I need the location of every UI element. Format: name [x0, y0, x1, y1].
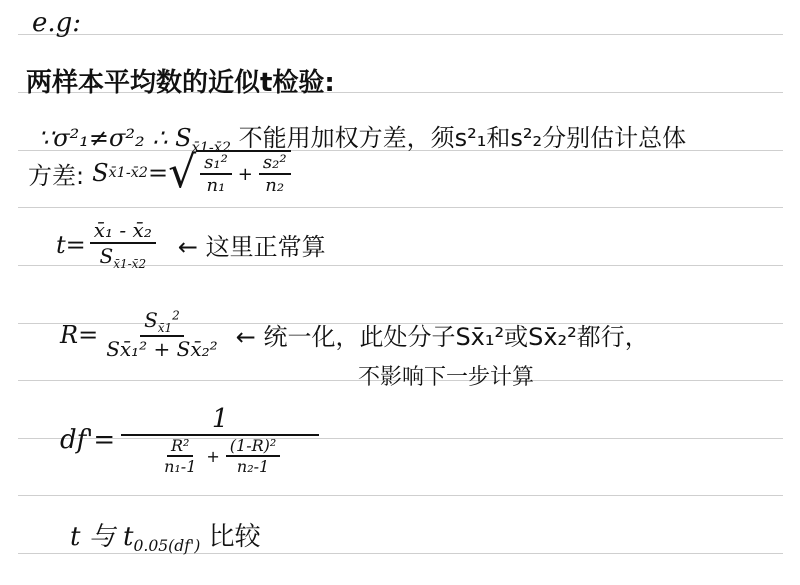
eg-label: e.g: [32, 8, 81, 38]
df-numerator: 1 [121, 404, 319, 436]
df-fraction: 1 R² n₁-1 + (1-R)² n₂-1 [121, 404, 319, 476]
t-note: ← 这里正常算 [178, 227, 326, 262]
df-lhs: df'= [60, 425, 115, 455]
ruled-line [18, 495, 783, 496]
t-fraction: x̄₁ - x̄₂ Sx̄1-x̄2 [90, 218, 156, 271]
r-numerator: Sx̄12 [140, 308, 184, 337]
denominator: n₂ [261, 175, 288, 196]
condition-text: 不能用加权方差，须s²₁和s²₂分别估计总体 [239, 124, 687, 152]
section-title: 两样本平均数的近似t检验: [26, 62, 335, 99]
fraction-s2: s₂² n₂ [259, 152, 291, 196]
r-note: ← 统一化，此处分子Sx̄₁²或Sx̄₂²都行， [236, 317, 649, 352]
numerator: s₂² [259, 152, 291, 175]
df-denominator: R² n₁-1 + (1-R)² n₂-1 [156, 436, 284, 476]
r-note-continued: 不影响下一步计算 [358, 360, 534, 391]
compare-text: 比较 [209, 522, 261, 552]
t-formula: t= x̄₁ - x̄₂ Sx̄1-x̄2 ← 这里正常算 [56, 218, 326, 271]
numerator: s₁² [200, 152, 232, 175]
r-formula: R= Sx̄12 Sx̄₁² + Sx̄₂² ← 统一化，此处分子Sx̄₁²或S… [60, 308, 649, 361]
variance-formula: 方差: Sx̄1-x̄2 = √ s₁² n₁ + s₂² n₂ [28, 150, 291, 196]
df-formula: df'= 1 R² n₁-1 + (1-R)² n₂-1 [60, 404, 319, 476]
fraction-s1: s₁² n₁ [200, 152, 232, 196]
ruled-line [18, 34, 783, 35]
df-term1: R² n₁-1 [160, 436, 200, 476]
r-lhs: R= [60, 321, 98, 349]
variance-label: 方差: [28, 156, 84, 191]
t-lhs: t= [56, 231, 86, 259]
r-fraction: Sx̄12 Sx̄₁² + Sx̄₂² [102, 308, 222, 361]
r-denominator: Sx̄₁² + Sx̄₂² [102, 337, 222, 361]
denominator: n₁ [203, 175, 230, 196]
t-numerator: x̄₁ - x̄₂ [90, 218, 156, 244]
equals-sign: = [148, 159, 168, 187]
sqrt: √ s₁² n₁ + s₂² n₂ [168, 150, 290, 196]
variance-lhs: S [92, 159, 108, 187]
radical-sign: √ [168, 151, 196, 195]
compare-sub: 0.05(df') [133, 537, 200, 555]
df-term2: (1-R)² n₂-1 [226, 436, 281, 476]
plus-sign: + [238, 164, 253, 185]
compare-t: t 与 t [70, 522, 133, 552]
ruled-line [18, 207, 783, 208]
t-denominator: Sx̄1-x̄2 [96, 244, 151, 271]
comparison-line: t 与 t0.05(df') 比较 [70, 516, 261, 555]
variance-lhs-sub: x̄1-x̄2 [109, 165, 148, 181]
